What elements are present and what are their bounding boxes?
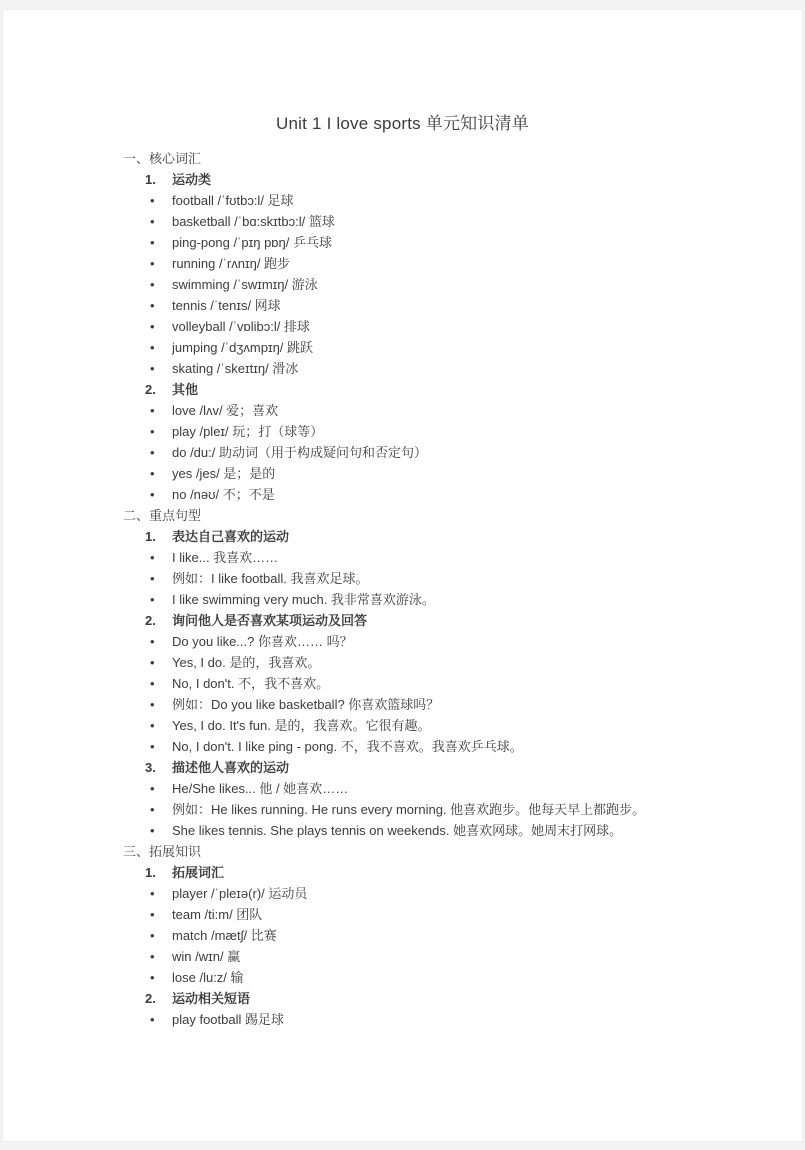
bullet-icon: • — [150, 400, 172, 421]
subsection-number: 1. — [145, 862, 172, 883]
list-item-text: I like swimming very much. 我非常喜欢游泳。 — [172, 592, 435, 607]
bullet-icon: • — [150, 883, 172, 904]
subsection-heading: 1.运动类 — [123, 169, 732, 190]
list-item: •Do you like...? 你喜欢…… 吗？ — [123, 631, 732, 652]
list-item: •do /du:/ 助动词（用于构成疑问句和否定句） — [123, 442, 732, 463]
subsection-heading: 2.询问他人是否喜欢某项运动及回答 — [123, 610, 732, 631]
list-item-text: basketball /ˈbɑ:skɪtbɔ:l/ 篮球 — [172, 214, 335, 229]
list-item-text: skating /ˈskeɪtɪŋ/ 滑冰 — [172, 361, 298, 376]
bullet-icon: • — [150, 463, 172, 484]
bullet-icon: • — [150, 967, 172, 988]
subsection-label: 表达自己喜欢的运动 — [172, 529, 289, 544]
bullet-icon: • — [150, 946, 172, 967]
list-item-text: match /mætʃ/ 比赛 — [172, 928, 277, 943]
document-title: Unit 1 I love sports 单元知识清单 — [3, 111, 802, 137]
bullet-icon: • — [150, 484, 172, 505]
list-item-text: jumping /ˈdʒʌmpɪŋ/ 跳跃 — [172, 340, 313, 355]
bullet-icon: • — [150, 211, 172, 232]
bullet-icon: • — [150, 547, 172, 568]
section-heading: 三、拓展知识 — [123, 841, 732, 862]
bullet-icon: • — [150, 820, 172, 841]
list-item-text: play /pleɪ/ 玩；打（球等） — [172, 424, 323, 439]
list-item: •例如：He likes running. He runs every morn… — [123, 799, 732, 820]
list-item-text: 例如：He likes running. He runs every morni… — [172, 802, 645, 817]
subsection-number: 2. — [145, 379, 172, 400]
bullet-icon: • — [150, 442, 172, 463]
list-item: •swimming /ˈswɪmɪŋ/ 游泳 — [123, 274, 732, 295]
list-item: •No, I don't. I like ping - pong. 不，我不喜欢… — [123, 736, 732, 757]
list-item: •She likes tennis. She plays tennis on w… — [123, 820, 732, 841]
section-heading: 二、重点句型 — [123, 505, 732, 526]
list-item: •jumping /ˈdʒʌmpɪŋ/ 跳跃 — [123, 337, 732, 358]
subsection-number: 3. — [145, 757, 172, 778]
subsection-heading: 2.运动相关短语 — [123, 988, 732, 1009]
list-item-text: tennis /ˈtenɪs/ 网球 — [172, 298, 281, 313]
section-heading: 一、核心词汇 — [123, 148, 732, 169]
list-item-text: no /nəʊ/ 不；不是 — [172, 487, 275, 502]
list-item-text: volleyball /ˈvɒlibɔ:l/ 排球 — [172, 319, 310, 334]
bullet-icon: • — [150, 568, 172, 589]
list-item: •team /ti:m/ 团队 — [123, 904, 732, 925]
document-content: 一、核心词汇 1.运动类 •football /ˈfʊtbɔ:l/ 足球 •ba… — [123, 148, 732, 1030]
list-item: •No, I don't. 不，我不喜欢。 — [123, 673, 732, 694]
subsection-heading: 3.描述他人喜欢的运动 — [123, 757, 732, 778]
subsection-label: 运动类 — [172, 172, 211, 187]
list-item-text: football /ˈfʊtbɔ:l/ 足球 — [172, 193, 294, 208]
list-item-text: yes /jes/ 是；是的 — [172, 466, 275, 481]
bullet-icon: • — [150, 316, 172, 337]
list-item: •例如：I like football. 我喜欢足球。 — [123, 568, 732, 589]
bullet-icon: • — [150, 631, 172, 652]
list-item-text: player /ˈpleɪə(r)/ 运动员 — [172, 886, 307, 901]
bullet-icon: • — [150, 295, 172, 316]
bullet-icon: • — [150, 274, 172, 295]
bullet-icon: • — [150, 232, 172, 253]
bullet-icon: • — [150, 904, 172, 925]
bullet-icon: • — [150, 799, 172, 820]
list-item-text: Yes, I do. 是的，我喜欢。 — [172, 655, 320, 670]
list-item-text: win /wɪn/ 赢 — [172, 949, 240, 964]
document-page: Unit 1 I love sports 单元知识清单 一、核心词汇 1.运动类… — [3, 10, 802, 1141]
bullet-icon: • — [150, 421, 172, 442]
bullet-icon: • — [150, 736, 172, 757]
subsection-heading: 1.拓展词汇 — [123, 862, 732, 883]
list-item-text: running /ˈrʌnɪŋ/ 跑步 — [172, 256, 290, 271]
list-item: •tennis /ˈtenɪs/ 网球 — [123, 295, 732, 316]
list-item-text: play football 踢足球 — [172, 1012, 284, 1027]
list-item: •football /ˈfʊtbɔ:l/ 足球 — [123, 190, 732, 211]
list-item: •no /nəʊ/ 不；不是 — [123, 484, 732, 505]
list-item: •running /ˈrʌnɪŋ/ 跑步 — [123, 253, 732, 274]
document-viewport: Unit 1 I love sports 单元知识清单 一、核心词汇 1.运动类… — [0, 0, 805, 1150]
list-item: •He/She likes... 他 / 她喜欢…… — [123, 778, 732, 799]
list-item-text: She likes tennis. She plays tennis on we… — [172, 823, 622, 838]
subsection-number: 1. — [145, 526, 172, 547]
bullet-icon: • — [150, 1009, 172, 1030]
bullet-icon: • — [150, 253, 172, 274]
list-item: •例如：Do you like basketball? 你喜欢篮球吗？ — [123, 694, 732, 715]
list-item-text: I like... 我喜欢…… — [172, 550, 278, 565]
list-item-text: do /du:/ 助动词（用于构成疑问句和否定句） — [172, 445, 427, 460]
list-item-text: swimming /ˈswɪmɪŋ/ 游泳 — [172, 277, 318, 292]
list-item-text: love /lʌv/ 爱；喜欢 — [172, 403, 278, 418]
list-item: •I like... 我喜欢…… — [123, 547, 732, 568]
list-item: •lose /lu:z/ 输 — [123, 967, 732, 988]
subsection-heading: 1.表达自己喜欢的运动 — [123, 526, 732, 547]
list-item: •play /pleɪ/ 玩；打（球等） — [123, 421, 732, 442]
list-item-text: team /ti:m/ 团队 — [172, 907, 262, 922]
list-item: •I like swimming very much. 我非常喜欢游泳。 — [123, 589, 732, 610]
list-item-text: 例如：I like football. 我喜欢足球。 — [172, 571, 369, 586]
list-item: •yes /jes/ 是；是的 — [123, 463, 732, 484]
list-item-text: lose /lu:z/ 输 — [172, 970, 244, 985]
bullet-icon: • — [150, 652, 172, 673]
subsection-label: 描述他人喜欢的运动 — [172, 760, 289, 775]
list-item: •volleyball /ˈvɒlibɔ:l/ 排球 — [123, 316, 732, 337]
list-item-text: ping-pong /ˈpɪŋ pɒŋ/ 乒乓球 — [172, 235, 332, 250]
bullet-icon: • — [150, 358, 172, 379]
subsection-number: 2. — [145, 988, 172, 1009]
list-item: •Yes, I do. It's fun. 是的，我喜欢。它很有趣。 — [123, 715, 732, 736]
list-item: •win /wɪn/ 赢 — [123, 946, 732, 967]
bullet-icon: • — [150, 190, 172, 211]
list-item-text: No, I don't. I like ping - pong. 不，我不喜欢。… — [172, 739, 523, 754]
subsection-heading: 2.其他 — [123, 379, 732, 400]
list-item-text: Yes, I do. It's fun. 是的，我喜欢。它很有趣。 — [172, 718, 430, 733]
list-item: •Yes, I do. 是的，我喜欢。 — [123, 652, 732, 673]
bullet-icon: • — [150, 925, 172, 946]
list-item-text: No, I don't. 不，我不喜欢。 — [172, 676, 329, 691]
subsection-number: 1. — [145, 169, 172, 190]
list-item: •skating /ˈskeɪtɪŋ/ 滑冰 — [123, 358, 732, 379]
bullet-icon: • — [150, 694, 172, 715]
subsection-number: 2. — [145, 610, 172, 631]
list-item: •ping-pong /ˈpɪŋ pɒŋ/ 乒乓球 — [123, 232, 732, 253]
list-item-text: 例如：Do you like basketball? 你喜欢篮球吗？ — [172, 697, 439, 712]
subsection-label: 其他 — [172, 382, 198, 397]
bullet-icon: • — [150, 337, 172, 358]
subsection-label: 拓展词汇 — [172, 865, 224, 880]
subsection-label: 运动相关短语 — [172, 991, 250, 1006]
list-item: •match /mætʃ/ 比赛 — [123, 925, 732, 946]
list-item-text: He/She likes... 他 / 她喜欢…… — [172, 781, 348, 796]
bullet-icon: • — [150, 673, 172, 694]
list-item: •basketball /ˈbɑ:skɪtbɔ:l/ 篮球 — [123, 211, 732, 232]
list-item: •love /lʌv/ 爱；喜欢 — [123, 400, 732, 421]
bullet-icon: • — [150, 589, 172, 610]
bullet-icon: • — [150, 778, 172, 799]
list-item-text: Do you like...? 你喜欢…… 吗？ — [172, 634, 353, 649]
list-item: •player /ˈpleɪə(r)/ 运动员 — [123, 883, 732, 904]
list-item: •play football 踢足球 — [123, 1009, 732, 1030]
subsection-label: 询问他人是否喜欢某项运动及回答 — [172, 613, 367, 628]
bullet-icon: • — [150, 715, 172, 736]
